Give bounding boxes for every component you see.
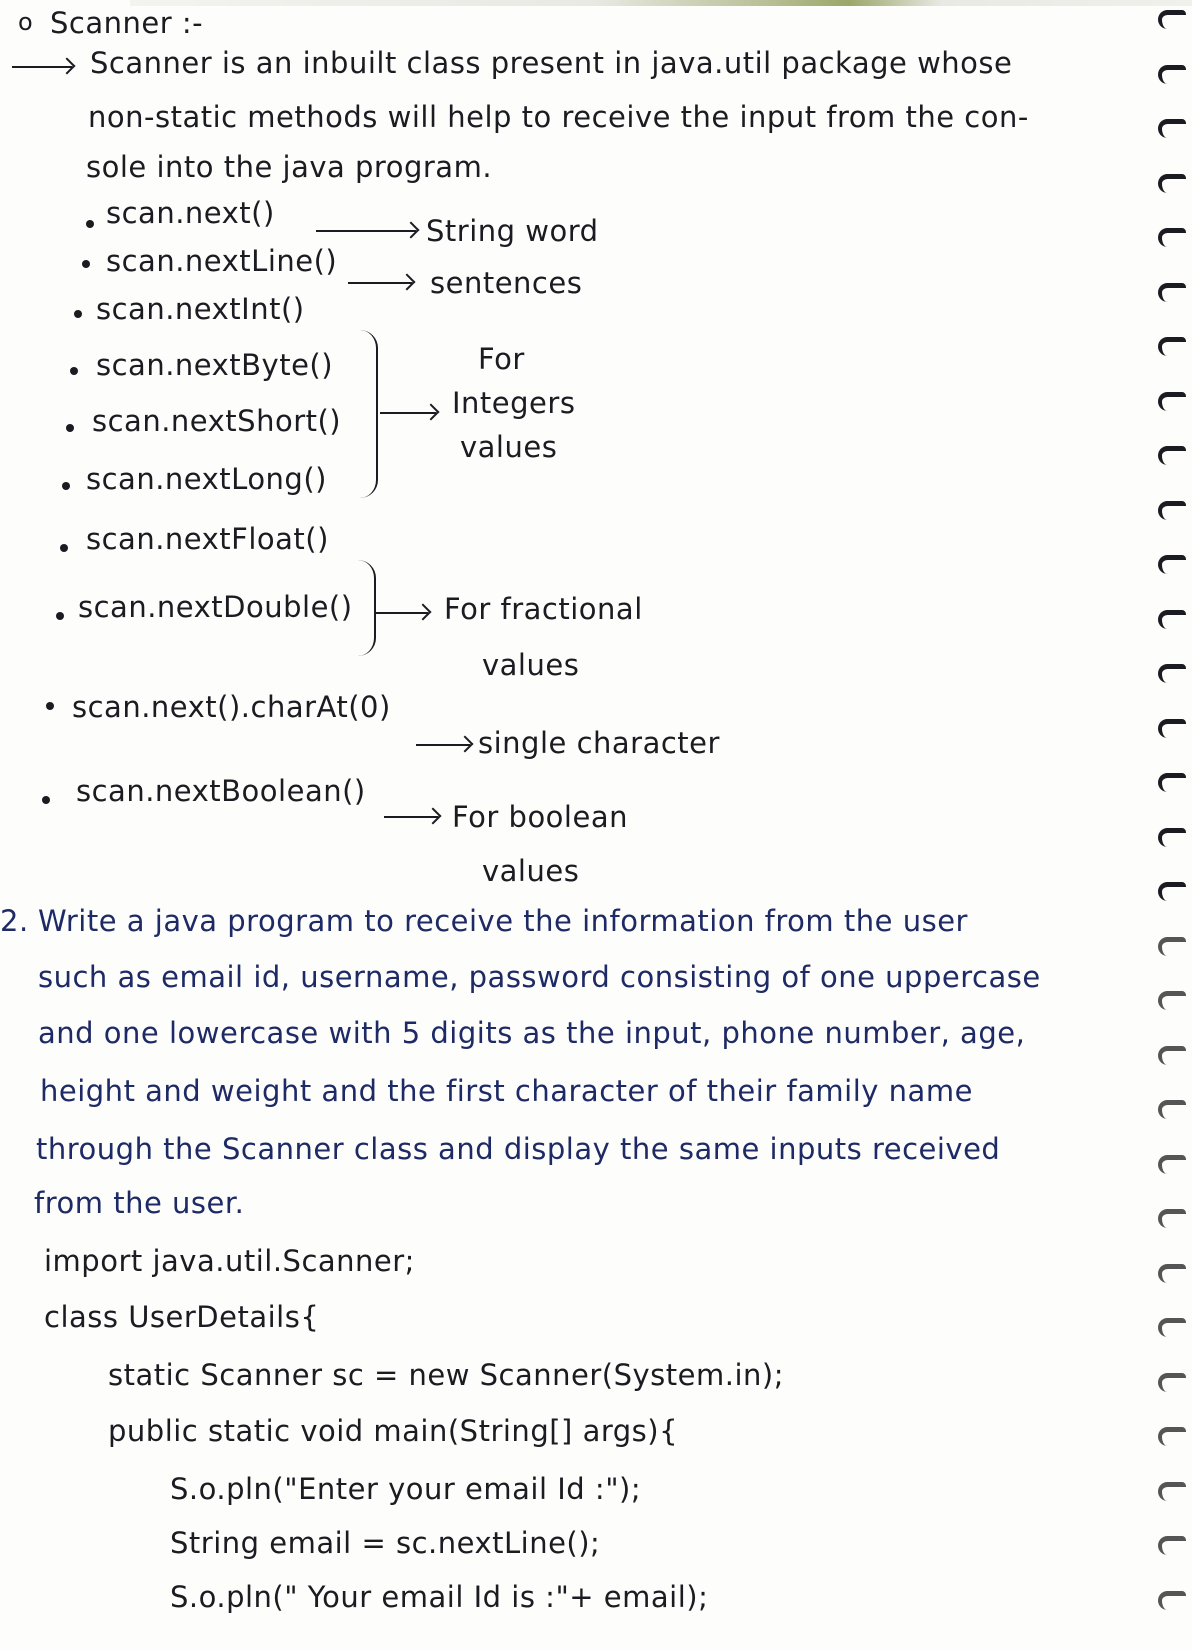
arrow-icon [380,412,436,414]
spiral-ring-icon [1158,719,1186,738]
spiral-ring-icon [1158,1536,1186,1555]
code-line: class UserDetails{ [44,1300,319,1334]
spiral-ring-icon [1158,501,1186,520]
intro-arrow-icon [12,66,72,68]
method-name: scan.nextFloat() [86,522,329,556]
heading-bullet: o [18,8,33,36]
code-line: String email = sc.nextLine(); [170,1526,600,1560]
method-desc: single character [478,726,720,760]
spiral-ring-icon [1158,1100,1186,1119]
arrow-icon [374,612,428,614]
method-name: scan.next() [106,196,275,230]
method-name: scan.nextByte() [96,348,333,382]
spiral-ring-icon [1158,773,1186,792]
intro-line: Scanner is an inbuilt class present in j… [90,46,1012,80]
code-line: S.o.pln(" Your email Id is :"+ email); [170,1580,708,1614]
spiral-ring-icon [1158,1318,1186,1337]
spiral-ring-icon [1158,65,1186,84]
spiral-ring-icon [1158,1373,1186,1392]
code-line: static Scanner sc = new Scanner(System.i… [108,1358,784,1392]
spiral-ring-icon [1158,1427,1186,1446]
question-line: from the user. [34,1186,244,1220]
spiral-ring-icon [1158,337,1186,356]
spiral-ring-icon [1158,1482,1186,1501]
spiral-ring-icon [1158,1591,1186,1610]
spiral-ring-icon [1158,937,1186,956]
method-name: scan.nextDouble() [78,590,353,624]
fractional-brace [350,560,376,656]
bullet-icon [62,482,70,490]
integers-brace [352,330,378,498]
spiral-ring-icon [1158,174,1186,193]
group-label: For fractional [444,592,643,626]
method-name: scan.nextLong() [86,462,327,496]
question-line: such as email id, username, password con… [38,960,1041,994]
spiral-ring-icon [1158,119,1186,138]
arrow-icon [384,816,438,818]
spiral-ring-icon [1158,446,1186,465]
spiral-ring-icon [1158,1209,1186,1228]
bullet-icon [70,367,78,375]
code-line: public static void main(String[] args){ [108,1414,678,1448]
spiral-ring-icon [1158,664,1186,683]
spiral-ring-icon [1158,1155,1186,1174]
bullet-icon [82,260,90,268]
spiral-ring-icon [1158,10,1186,29]
spiral-ring-icon [1158,882,1186,901]
arrow-icon [316,230,416,232]
method-desc: sentences [430,266,582,300]
spiral-ring-icon [1158,392,1186,411]
arrow-icon [416,744,470,746]
method-desc: String word [426,214,599,248]
group-label: values [482,648,579,682]
intro-line: non-static methods will help to receive … [88,100,1029,134]
bullet-icon [66,424,74,432]
bullet-icon [60,544,68,552]
method-name: scan.nextBoolean() [76,774,366,808]
bullet-icon [86,220,94,228]
group-label: For [478,342,525,376]
bullet-icon [42,796,50,804]
spiral-ring-icon [1158,1046,1186,1065]
method-name: scan.next().charAt(0) [72,690,391,724]
bullet-icon [56,612,64,620]
spiral-ring-icon [1158,228,1186,247]
question-line: height and weight and the first characte… [40,1074,973,1108]
intro-line: sole into the java program. [86,150,492,184]
spiral-ring-icon [1158,828,1186,847]
bullet-icon [46,702,54,710]
spiral-ring-icon [1158,283,1186,302]
question-number: 2. [0,904,29,938]
spiral-ring-icon [1158,555,1186,574]
question-line: through the Scanner class and display th… [36,1132,1000,1166]
heading-title: Scanner :- [50,6,203,40]
spiral-ring-icon [1158,610,1186,629]
bullet-icon [74,310,82,318]
method-name: scan.nextInt() [96,292,305,326]
method-desc: values [482,854,579,888]
code-line: S.o.pln("Enter your email Id :"); [170,1472,641,1506]
arrow-icon [348,282,412,284]
spiral-ring-icon [1158,991,1186,1010]
question-line: and one lowercase with 5 digits as the i… [38,1016,1025,1050]
question-line: Write a java program to receive the info… [38,904,968,938]
method-desc: For boolean [452,800,628,834]
page-top-edge [130,0,1192,6]
code-line: import java.util.Scanner; [44,1244,415,1278]
group-label: Integers [452,386,575,420]
group-label: values [460,430,557,464]
method-name: scan.nextShort() [92,404,341,438]
method-name: scan.nextLine() [106,244,337,278]
spiral-ring-icon [1158,1264,1186,1283]
